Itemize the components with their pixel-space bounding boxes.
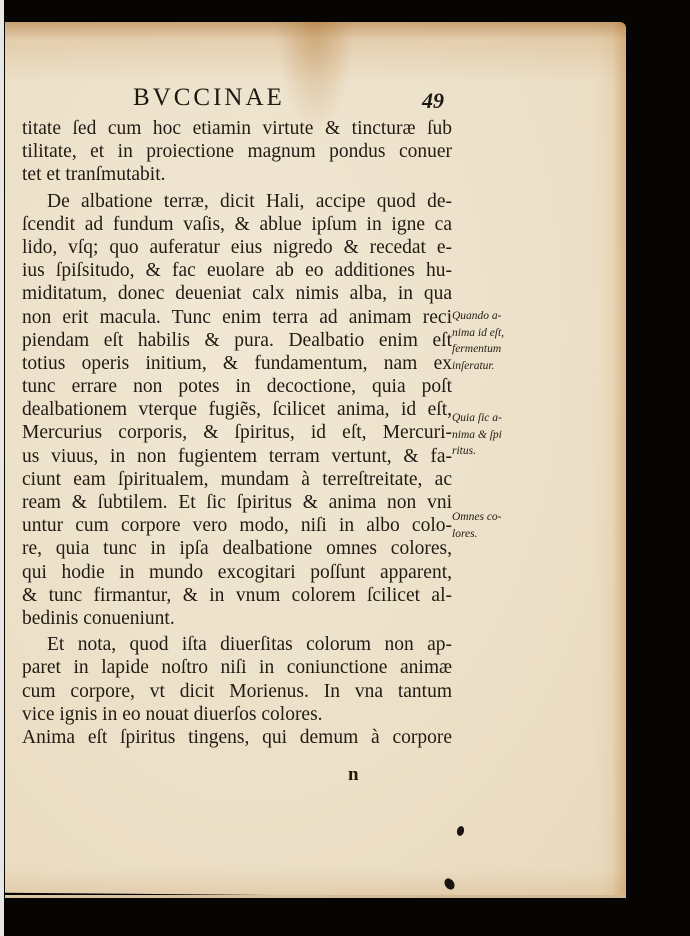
text-line: us viuus, in non fugientem terram vertun… (22, 445, 452, 468)
text-line: untur cum corpore vero modo, niſi in alb… (22, 514, 452, 537)
paragraph-start-line: Et nota, quod iſta diuerſitas colorum no… (22, 633, 452, 656)
text-line: tilitate, et in proiectione magnum pondu… (22, 140, 452, 163)
text-line: tunc errare non potes in decoctione, qui… (22, 375, 452, 398)
text-line: ſcendit ad fundum vaſis, & ablue ipſum i… (22, 213, 452, 236)
text-line: ciunt eam ſpiritualem, mundam à terreſtr… (22, 468, 452, 491)
text-line: piendam eſt habilis & pura. Dealbatio en… (22, 329, 452, 352)
text-line: re, quia tunc in ipſa dealbatione omnes … (22, 537, 452, 560)
text-line: ream & ſubtilem. Et ſic ſpiritus & anima… (22, 491, 452, 514)
page-header: BVCCINAE 49 (5, 84, 626, 114)
paragraph-start-line: Anima eſt ſpiritus tingens, qui demum à … (22, 726, 452, 749)
ink-blot (456, 825, 465, 836)
text-line: vice ignis in eo nouat diuerſos colores. (22, 703, 452, 726)
margin-note: Quando a- nima id eſt, fermentum inſerat… (452, 308, 504, 374)
body-text: titate ſed cum hoc etiamin virtute & tin… (22, 117, 452, 749)
margin-note-line: fermentum (452, 341, 504, 358)
book-page: BVCCINAE 49 titate ſed cum hoc etiamin v… (5, 22, 626, 898)
margin-note-line: nima id eſt, (452, 325, 504, 342)
text-line: bedinis conueniunt. (22, 607, 452, 630)
signature-mark: n (348, 764, 359, 786)
text-line: dealbationem vterque fugiẽs, ſcilicet an… (22, 398, 452, 421)
running-title: BVCCINAE (133, 84, 285, 112)
text-line: cum corpore, vt dicit Morienus. In vna t… (22, 680, 452, 703)
page-bottom-edge (5, 895, 626, 898)
margin-note-line: nima & ſpi (452, 427, 502, 444)
text-line: qui hodie in mundo excogitari poſſunt ap… (22, 561, 452, 584)
margin-note-line: Quando a- (452, 308, 504, 325)
text-line: ius ſpiſsitudo, & fac euolare ab eo addi… (22, 259, 452, 282)
scan-left-border (0, 0, 4, 936)
text-line: tet et tranſmutabit. (22, 163, 452, 186)
text-line: Mercurius corporis, & ſpiritus, id eſt, … (22, 421, 452, 444)
text-line: miditatum, donec deueniat calx nimis alb… (22, 282, 452, 305)
margin-note-line: Omnes co- (452, 509, 502, 526)
text-line: & tunc firmantur, & in vnum colorem ſcil… (22, 584, 452, 607)
text-line: lido, vſq; quo auferatur eius nigredo & … (22, 236, 452, 259)
margin-note-line: lores. (452, 526, 502, 543)
ink-blot (442, 877, 456, 892)
text-line: titate ſed cum hoc etiamin virtute & tin… (22, 117, 452, 140)
margin-note-line: inſeratur. (452, 358, 504, 375)
margin-note-line: Quia ſic a- (452, 410, 502, 427)
paragraph-start-line: De albatione terræ, dicit Hali, accipe q… (22, 190, 452, 213)
text-line: paret in lapide noſtro niſi in coniuncti… (22, 656, 452, 679)
page-number: 49 (422, 88, 444, 114)
text-line: non erit macula. Tunc enim terra ad anim… (22, 306, 452, 329)
margin-note-line: ritus. (452, 443, 502, 460)
margin-note: Quia ſic a- nima & ſpi ritus. (452, 410, 502, 460)
text-line: totius operis initium, & fundamentum, na… (22, 352, 452, 375)
margin-note: Omnes co- lores. (452, 509, 502, 542)
